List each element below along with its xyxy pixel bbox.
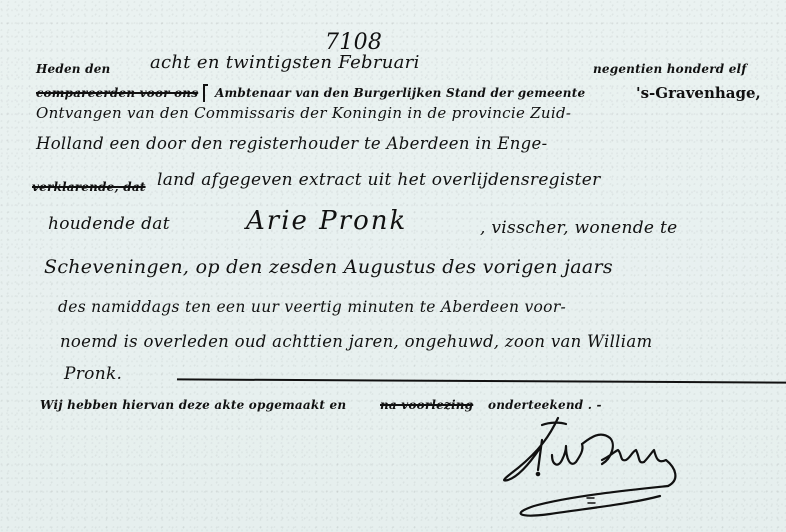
- struck-na-voorlezing: na voorlezing: [380, 398, 473, 412]
- handwritten-line-8: des namiddags ten een uur veertig minute…: [58, 298, 566, 316]
- bracket-mark: [203, 84, 208, 102]
- printed-heden-den: Heden den: [36, 62, 110, 76]
- handwritten-line-7: Scheveningen, op den zesden Augustus des…: [44, 256, 613, 278]
- handwritten-occupation: , visscher, wonende te: [480, 218, 677, 238]
- handwritten-date: acht en twintigsten Februari: [150, 52, 420, 73]
- official-signature: [470, 410, 710, 520]
- fill-line: [177, 378, 786, 383]
- document-page: 7108 Heden den acht en twintigsten Febru…: [0, 0, 786, 532]
- handwritten-line-4: Holland een door den registerhouder te A…: [36, 134, 547, 153]
- printed-wij-hebben: Wij hebben hiervan deze akte opgemaakt e…: [40, 398, 346, 412]
- handwritten-houdende: houdende dat: [48, 214, 170, 234]
- printed-year: negentien honderd elf: [593, 62, 747, 76]
- struck-verklarende: verklarende, dat: [32, 180, 146, 194]
- handwritten-pronk: Pronk.: [64, 364, 122, 384]
- deceased-name: Arie Pronk: [246, 206, 407, 236]
- struck-compareerden: compareerden voor ons: [36, 86, 198, 100]
- place-gravenhage: 's-Gravenhage,: [636, 84, 761, 102]
- handwritten-line-5: land afgegeven extract uit het overlijde…: [157, 170, 601, 190]
- handwritten-line-9: noemd is overleden oud achttien jaren, o…: [60, 332, 652, 351]
- printed-ambtenaar: Ambtenaar van den Burgerlijken Stand der…: [215, 86, 585, 100]
- handwritten-line-3: Ontvangen van den Commissaris der Koning…: [36, 104, 571, 122]
